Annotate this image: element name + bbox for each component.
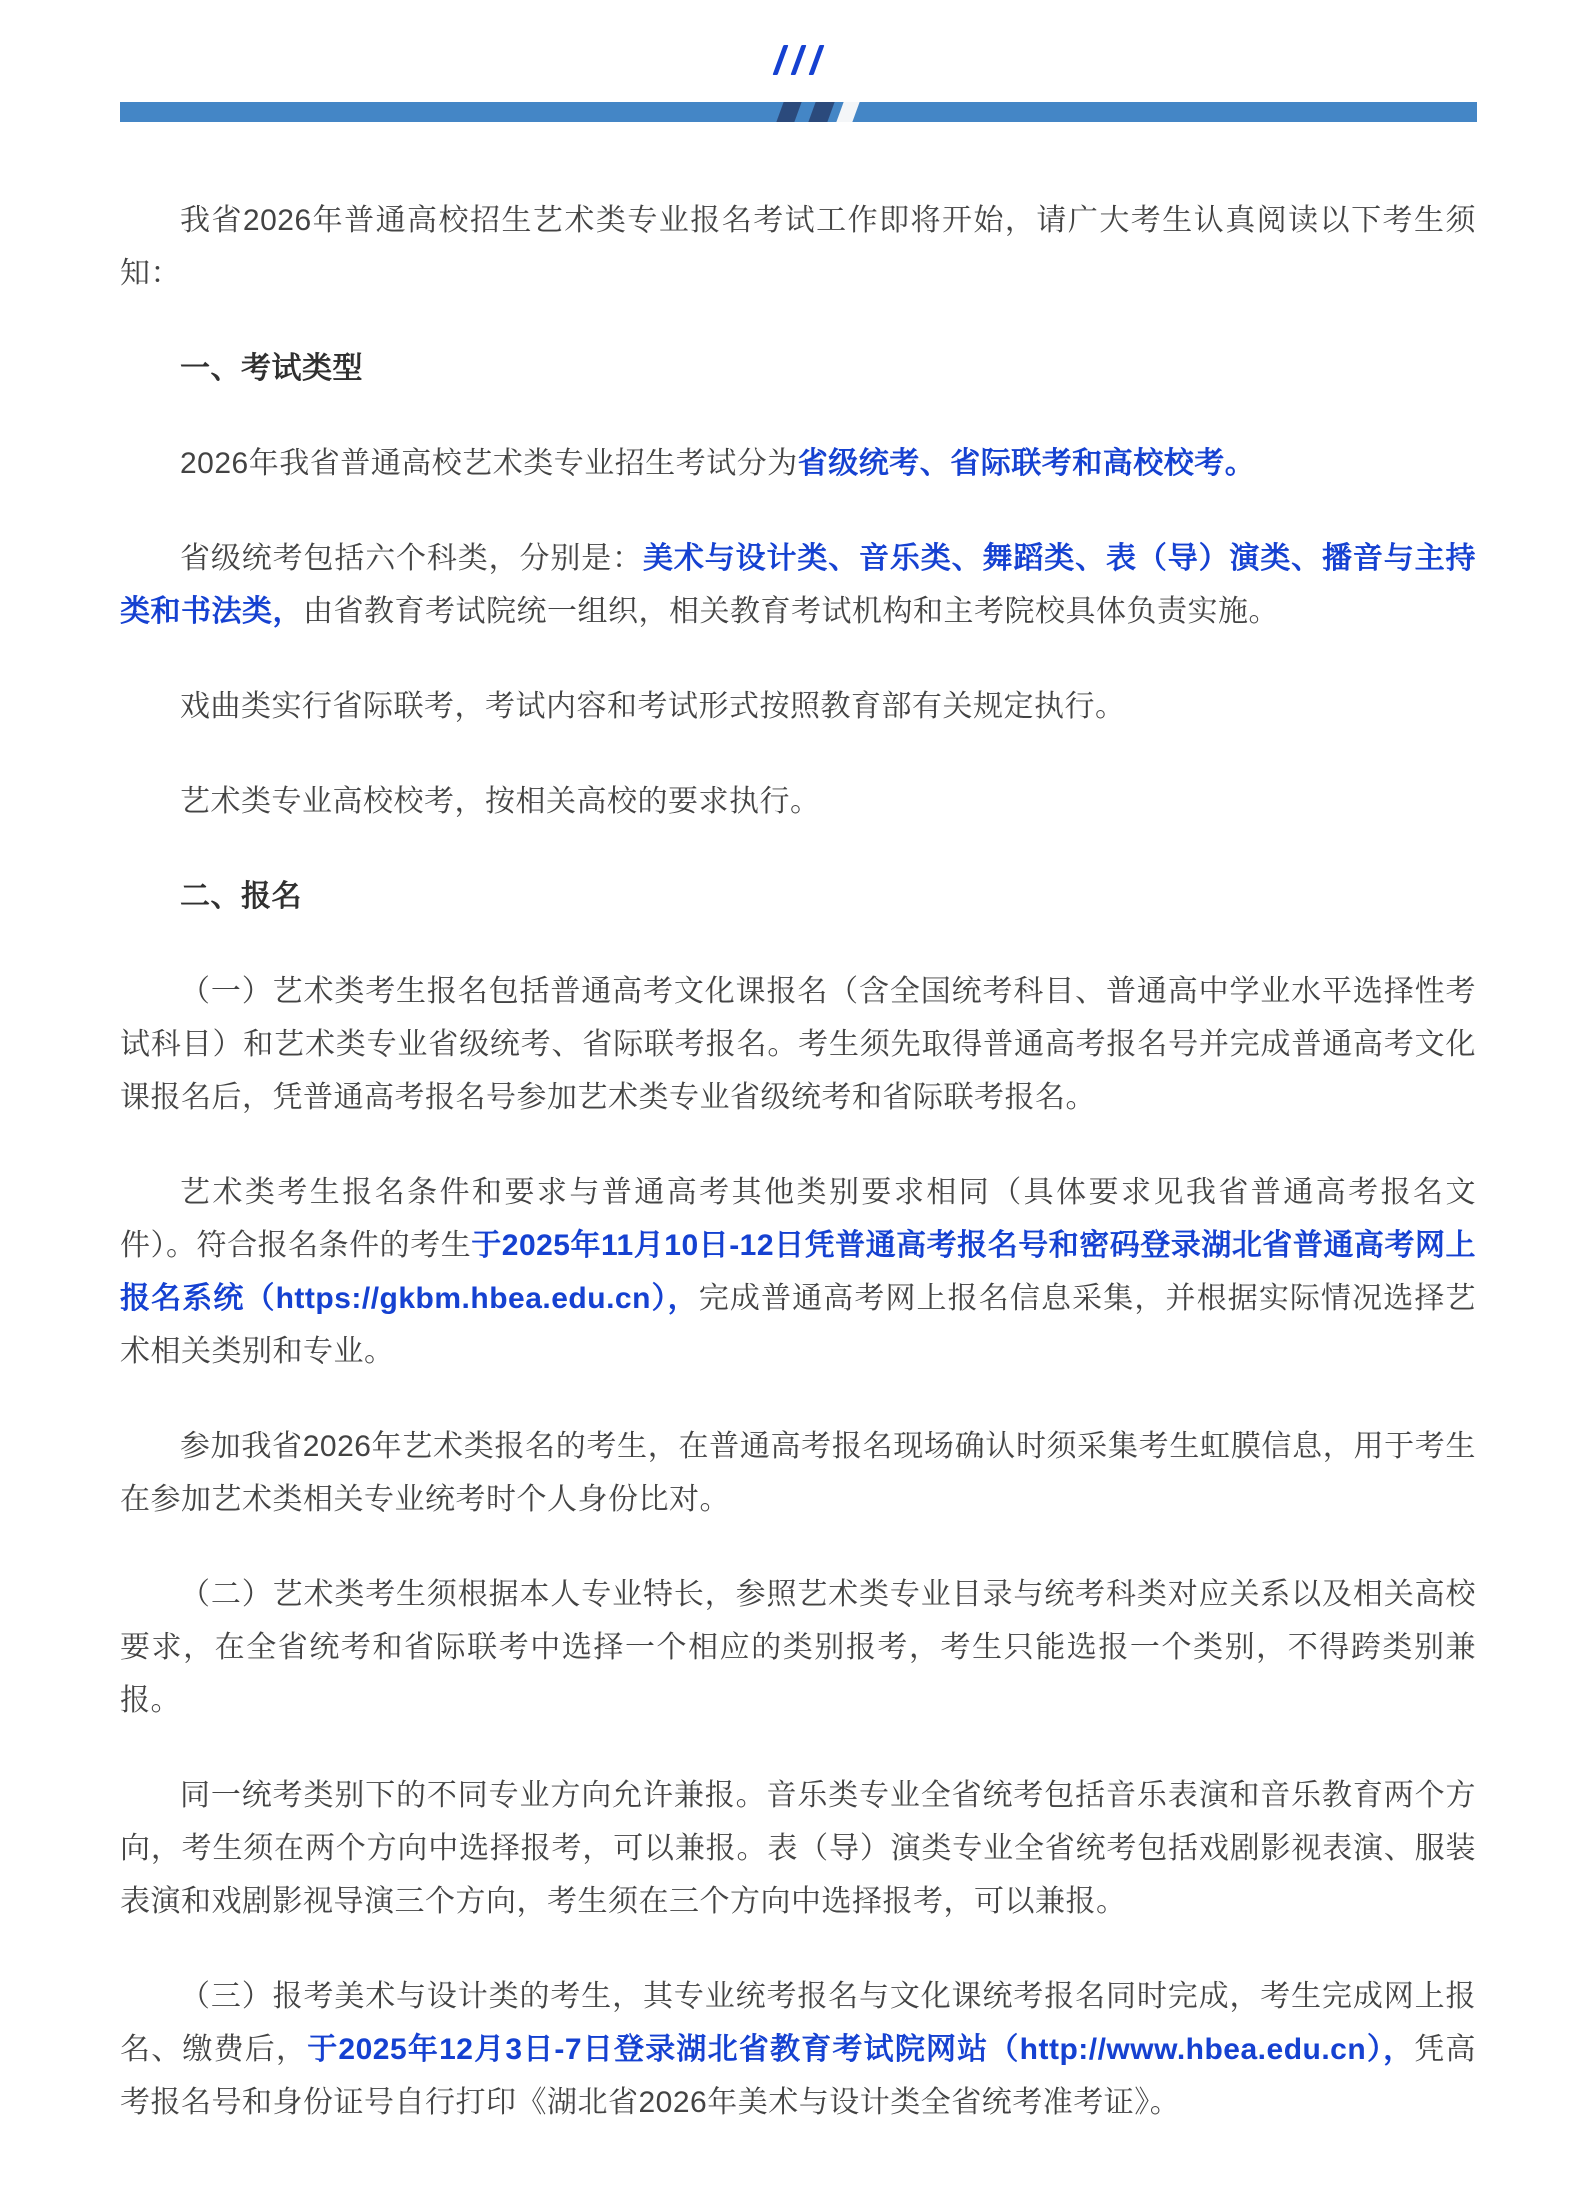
paragraph: （三）报考美术与设计类的考生，其专业统考报名与文化课统考报名同时完成，考生完成网… — [120, 1970, 1476, 2129]
text-run: 艺术类专业高校校考，按相关高校的要求执行。 — [180, 785, 821, 818]
text-run: 参加我省2026年艺术类报名的考生，在普通高考报名现场确认时须采集考生虹膜信息，… — [120, 1430, 1476, 1516]
slash-glyph — [772, 45, 788, 75]
paragraph: 戏曲类实行省际联考，考试内容和考试形式按照教育部有关规定执行。 — [120, 680, 1476, 733]
text-run: 二、报名 — [180, 880, 302, 913]
banner-slash-icon — [775, 102, 802, 122]
text-run: 2026年我省普通高校艺术类专业招生考试分为 — [180, 447, 798, 480]
text-run: 我省2026年普通高校招生艺术类专业报名考试工作即将开始，请广大考生认真阅读以下… — [120, 204, 1476, 290]
paragraph: 2026年我省普通高校艺术类专业招生考试分为省级统考、省际联考和高校校考。 — [120, 437, 1476, 490]
text-run: 同一统考类别下的不同专业方向允许兼报。音乐类专业全省统考包括音乐表演和音乐教育两… — [120, 1779, 1476, 1918]
paragraph: 参加我省2026年艺术类报名的考生，在普通高考报名现场确认时须采集考生虹膜信息，… — [120, 1420, 1476, 1526]
banner-bar — [120, 102, 1477, 122]
paragraph: 艺术类专业高校校考，按相关高校的要求执行。 — [120, 775, 1476, 828]
slash-glyph — [808, 45, 824, 75]
triple-slash-icon — [0, 0, 1596, 75]
text-run: 一、考试类型 — [180, 352, 363, 385]
section-heading: 二、报名 — [120, 870, 1476, 923]
text-run: （二）艺术类考生须根据本人专业特长，参照艺术类专业目录与统考科类对应关系以及相关… — [120, 1578, 1476, 1717]
text-run: 省级统考包括六个科类，分别是： — [180, 542, 643, 575]
text-run: 戏曲类实行省际联考，考试内容和考试形式按照教育部有关规定执行。 — [180, 690, 1126, 723]
paragraph: 省级统考包括六个科类，分别是：美术与设计类、音乐类、舞蹈类、表（导）演类、播音与… — [120, 532, 1476, 638]
article-page: 我省2026年普通高校招生艺术类专业报名考试工作即将开始，请广大考生认真阅读以下… — [0, 0, 1596, 2200]
slash-glyph — [790, 45, 806, 75]
paragraph: 艺术类考生报名条件和要求与普通高考其他类别要求相同（具体要求见我省普通高考报名文… — [120, 1166, 1476, 1378]
paragraph: 我省2026年普通高校招生艺术类专业报名考试工作即将开始，请广大考生认真阅读以下… — [120, 194, 1476, 300]
banner-slash-icon — [835, 102, 860, 122]
text-run: （一）艺术类考生报名包括普通高考文化课报名（含全国统考科目、普通高中学业水平选择… — [120, 975, 1476, 1114]
paragraph: 同一统考类别下的不同专业方向允许兼报。音乐类专业全省统考包括音乐表演和音乐教育两… — [120, 1769, 1476, 1928]
emphasis-blue-text: 省级统考、省际联考和高校校考。 — [798, 447, 1256, 480]
paragraph: （二）艺术类考生须根据本人专业特长，参照艺术类专业目录与统考科类对应关系以及相关… — [120, 1568, 1476, 1727]
emphasis-blue-text: 于2025年12月3日-7日登录湖北省教育考试院网站（http://www.hb… — [307, 2033, 1414, 2066]
paragraph: （一）艺术类考生报名包括普通高考文化课报名（含全国统考科目、普通高中学业水平选择… — [120, 965, 1476, 1124]
banner-slash-icon — [807, 102, 835, 122]
article-body: 我省2026年普通高校招生艺术类专业报名考试工作即将开始，请广大考生认真阅读以下… — [120, 194, 1476, 2129]
text-run: 由省教育考试院统一组织，相关教育考试机构和主考院校具体负责实施。 — [303, 595, 1279, 628]
section-heading: 一、考试类型 — [120, 342, 1476, 395]
